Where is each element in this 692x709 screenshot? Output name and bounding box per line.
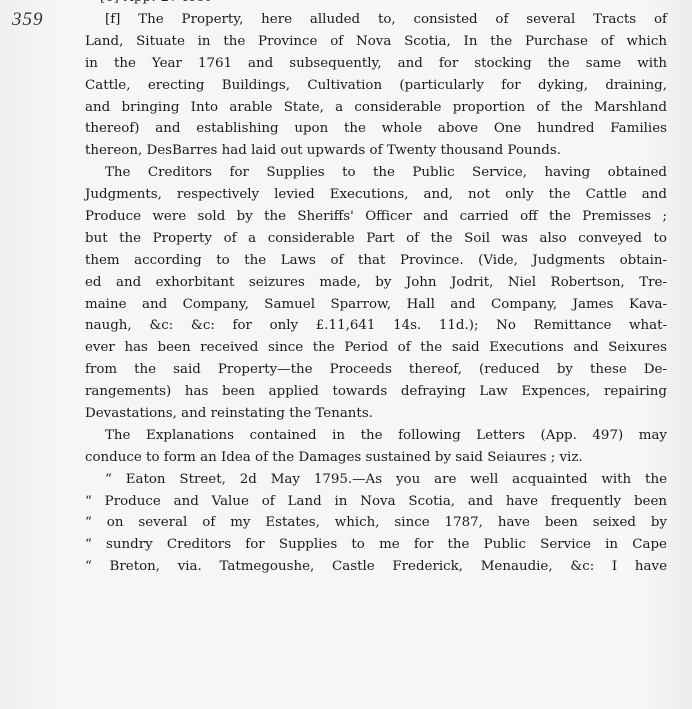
text-line: from the said Property—the Proceeds ther… [85, 359, 667, 381]
text-line: and bringing Into arable State, a consid… [85, 97, 667, 119]
text-line: naugh, &c: &c: for only £.11,641 14s. 11… [85, 315, 667, 337]
text-line: ever has been received since the Period … [85, 337, 667, 359]
text-line: Devastations, and reinstating the Tenant… [85, 403, 667, 425]
text-line: thereof) and establishing upon the whole… [85, 118, 667, 140]
quoted-line: “ Breton, via. Tatmegoushe, Castle Frede… [85, 556, 667, 578]
text-line: maine and Company, Samuel Sparrow, Hall … [85, 294, 667, 316]
text-line: them according to the Laws of that Provi… [85, 250, 667, 272]
text-line: Land, Situate in the Province of Nova Sc… [85, 31, 667, 53]
quoted-line: “ Eaton Street, 2d May 1795.—As you are … [85, 469, 667, 491]
text-line: The Explanations contained in the follow… [85, 425, 667, 447]
margin-page-number: 359 [12, 9, 44, 31]
quoted-line: “ on several of my Estates, which, since… [85, 512, 667, 534]
text-line: ed and exhorbitant seizures made, by Joh… [85, 272, 667, 294]
document-page: [e] App. 27 foot 359 [f] The Property, h… [0, 0, 692, 709]
text-line: [f] The Property, here alluded to, consi… [85, 9, 667, 31]
text-line: in the Year 1761 and subsequently, and f… [85, 53, 667, 75]
clipped-header-line: [e] App. 27 foot [100, 0, 211, 5]
quoted-line: “ Produce and Value of Land in Nova Scot… [85, 491, 667, 513]
quoted-line: “ sundry Creditors for Supplies to me fo… [85, 534, 667, 556]
text-line: conduce to form an Idea of the Damages s… [85, 447, 667, 469]
text-line: rangements) has been applied towards def… [85, 381, 667, 403]
footnote-text: [f] The Property, here alluded to, consi… [85, 9, 667, 578]
text-line: thereon, DesBarres had laid out upwards … [85, 140, 667, 162]
text-line: Judgments, respectively levied Execution… [85, 184, 667, 206]
text-line: The Creditors for Supplies to the Public… [85, 162, 667, 184]
text-line: but the Property of a considerable Part … [85, 228, 667, 250]
text-line: Cattle, erecting Buildings, Cultivation … [85, 75, 667, 97]
text-line: Produce were sold by the Sheriffs' Offic… [85, 206, 667, 228]
